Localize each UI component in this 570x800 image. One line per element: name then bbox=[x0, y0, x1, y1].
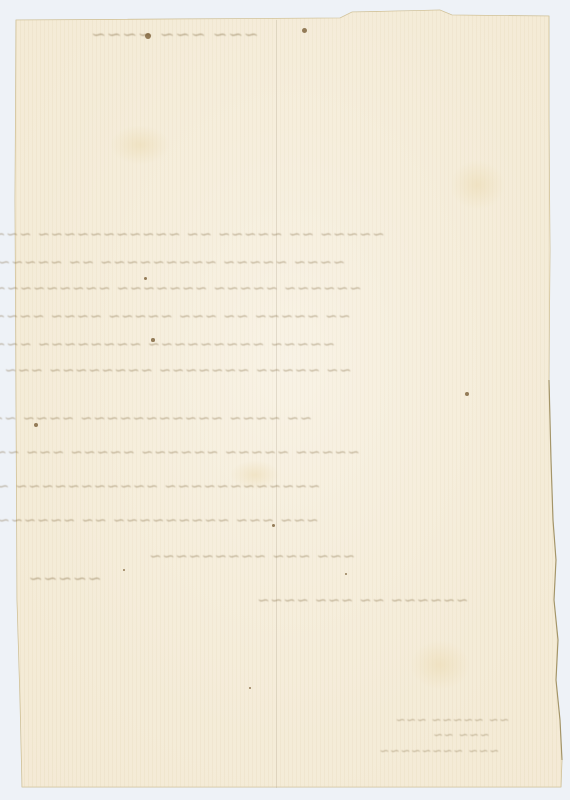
script-line: ~~~~~~~~~~~~ ~~~~~~~~~~~ ~~~~~~~~~ bbox=[0, 477, 321, 495]
bleed-through-script: ~~~ ~~~ ~~~~ ~~~~~ ~~ ~~~~~ ~~ ~~~~~~~~~… bbox=[0, 0, 570, 800]
signature: ~~~~~ bbox=[28, 569, 102, 589]
script-line: ~~ ~~~~~ ~~~~~~~ ~~~~~~~~ ~~~ ~~~~~ ~~~ bbox=[0, 361, 352, 379]
script-line: ~~~~~ ~~~~~ ~~~~~~ ~~~~~ ~~~ ~~~ ~ ~~~~~ bbox=[0, 443, 360, 461]
script-line: ~~~~~ ~~~~~~~~~ ~~~~~~~~ ~~~~~~ ~ ~~~ bbox=[0, 335, 335, 353]
ink-spot bbox=[144, 277, 147, 280]
script-line: ~~ ~~~~~ ~~ ~~~ ~~~~~ ~~~~ ~~~~ bbox=[0, 307, 351, 325]
endorsement-line: ~~ ~~~~~ ~~~ bbox=[395, 713, 509, 727]
document-photo: ~~~ ~~~ ~~~~ ~~~~~ ~~ ~~~~~ ~~ ~~~~~~~~~… bbox=[0, 0, 570, 800]
script-line: ~~~~~ ~~ ~~~~~ ~~ ~~~~~~~~~~~ ~~~~~ ~~~ … bbox=[0, 225, 385, 243]
script-line: ~~~ ~~~ ~~~~~~~~~ ~~ ~~~~~~~~~ ~~~~ bbox=[0, 511, 319, 529]
ink-spot bbox=[302, 28, 307, 33]
header-line: ~~~ ~~~ ~~~~ bbox=[91, 24, 259, 45]
script-line: ~~ ~~~~ ~~~~~~~~~~~ ~~~~ ~~~~~ ~~ bbox=[0, 409, 312, 427]
script-line: ~~~~ ~~~~~ ~~~~~~~~~ ~~ ~~~~~~~ ~~~~~ bbox=[0, 253, 345, 271]
ink-spot bbox=[145, 33, 151, 39]
endorsement-line: ~~~ ~~~~~~~~ bbox=[379, 744, 499, 758]
date-line: ~~~~~~ ~~ ~~~ ~~~~ bbox=[257, 591, 469, 609]
ink-spot bbox=[151, 338, 155, 342]
script-line: ~~~ ~~~ ~~~~~~~~~ bbox=[149, 547, 356, 565]
endorsement-line: ~~~ ~~ bbox=[433, 728, 490, 742]
script-line: ~~~~~~ ~~~~~ ~~~~~~~ ~~~~~~~~~~~~~ ~~~~ bbox=[0, 279, 362, 297]
ink-spot bbox=[272, 524, 275, 527]
